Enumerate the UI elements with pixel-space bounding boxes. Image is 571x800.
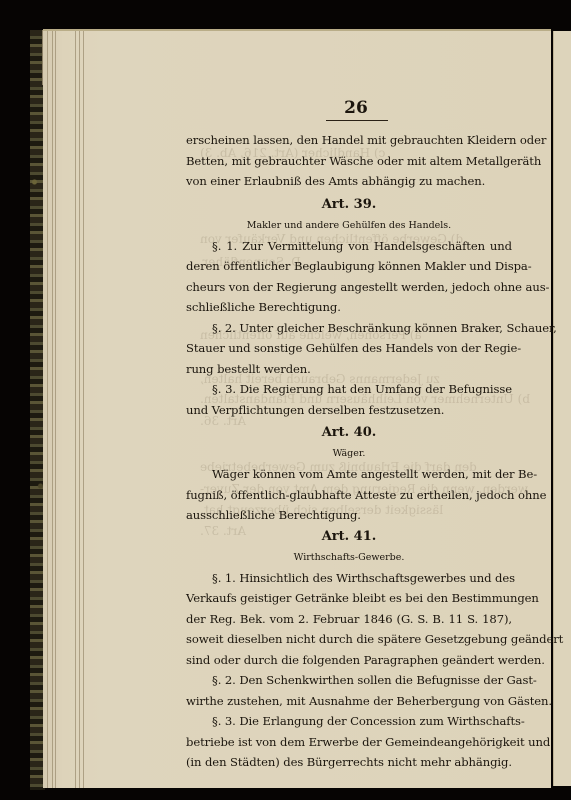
text-line: §. 3. Die Regierung hat den Umfang der B…	[186, 379, 512, 400]
text-line: §. 2. Unter gleicher Beschränkung können…	[186, 318, 512, 339]
text-line: cheurs von der Regierung angestellt werd…	[186, 277, 512, 298]
text-line: §. 1. Hinsichtlich des Wirthschaftsgewer…	[186, 568, 512, 589]
text-line: rung bestellt werden.	[186, 359, 512, 380]
text-line: §. 3. Die Erlangung der Concession zum W…	[186, 711, 512, 732]
text-line: (in den Städten) des Bürgerrechts nicht …	[186, 752, 512, 773]
text-line: Betten, mit gebrauchter Wäsche oder mit …	[186, 151, 512, 172]
text-line: erscheinen lassen, den Handel mit gebrau…	[186, 130, 512, 151]
text-line: Verkaufs geistiger Getränke bleibt es be…	[186, 588, 512, 609]
article-subtitle: Makler und andere Gehülfen des Handels.	[186, 216, 512, 236]
article-41: Art. 41. Wirthschafts-Gewerbe. §. 1. Hin…	[186, 526, 512, 773]
text-line: soweit dieselben nicht durch die spätere…	[186, 629, 512, 650]
article-39: Art. 39. Makler und andere Gehülfen des …	[186, 194, 512, 421]
text-line: wirthe zustehen, mit Ausnahme der Beherb…	[186, 691, 512, 712]
text-line: ausschließliche Berechtigung.	[186, 505, 512, 526]
text-line: von einer Erlaubniß des Amts abhängig zu…	[186, 171, 512, 192]
article-subtitle: Wirthschafts-Gewerbe.	[186, 548, 512, 568]
page-edge-line	[55, 31, 56, 788]
text-line: schließliche Berechtigung.	[186, 297, 512, 318]
text-line: Stauer und sonstige Gehülfen des Handels…	[186, 338, 512, 359]
page-text: 26 erscheinen lassen, den Handel mit geb…	[186, 98, 512, 773]
text-line: der Reg. Bek. vom 2. Februar 1846 (G. S.…	[186, 609, 512, 630]
continuation-paragraph: erscheinen lassen, den Handel mit gebrau…	[186, 130, 512, 192]
article-subtitle: Wäger.	[186, 444, 512, 464]
text-line: §. 1. Zur Vermittelung von Handelsgeschä…	[186, 236, 512, 257]
page-edge-line	[75, 31, 76, 788]
page-edge-line	[83, 31, 84, 788]
article-heading: Art. 39.	[186, 194, 512, 216]
page-edge-line	[47, 31, 48, 788]
text-line: §. 2. Den Schenkwirthen sollen die Befug…	[186, 670, 512, 691]
text-line: fugniß, öffentlich-glaubhafte Atteste zu…	[186, 485, 512, 506]
text-line: und Verpflichtungen derselben festzusetz…	[186, 400, 512, 421]
article-40: Art. 40. Wäger. Wäger können vom Amte an…	[186, 422, 512, 526]
scanned-page: C c) Handlicher (Art. 216, Ab. 3) d) Gew…	[0, 0, 571, 800]
text-line: deren öffentlicher Beglaubigung können M…	[186, 256, 512, 277]
page-edge-line	[79, 31, 80, 788]
page-edge-line	[52, 31, 53, 788]
text-line: Wäger können vom Amte angestellt werden,…	[186, 464, 512, 485]
text-line: betriebe ist von dem Erwerbe der Gemeind…	[186, 732, 512, 753]
article-heading: Art. 41.	[186, 526, 512, 548]
text-line: sind oder durch die folgenden Paragraphe…	[186, 650, 512, 671]
facing-page-edge	[553, 31, 571, 786]
page-number: 26	[206, 98, 506, 122]
article-heading: Art. 40.	[186, 422, 512, 444]
